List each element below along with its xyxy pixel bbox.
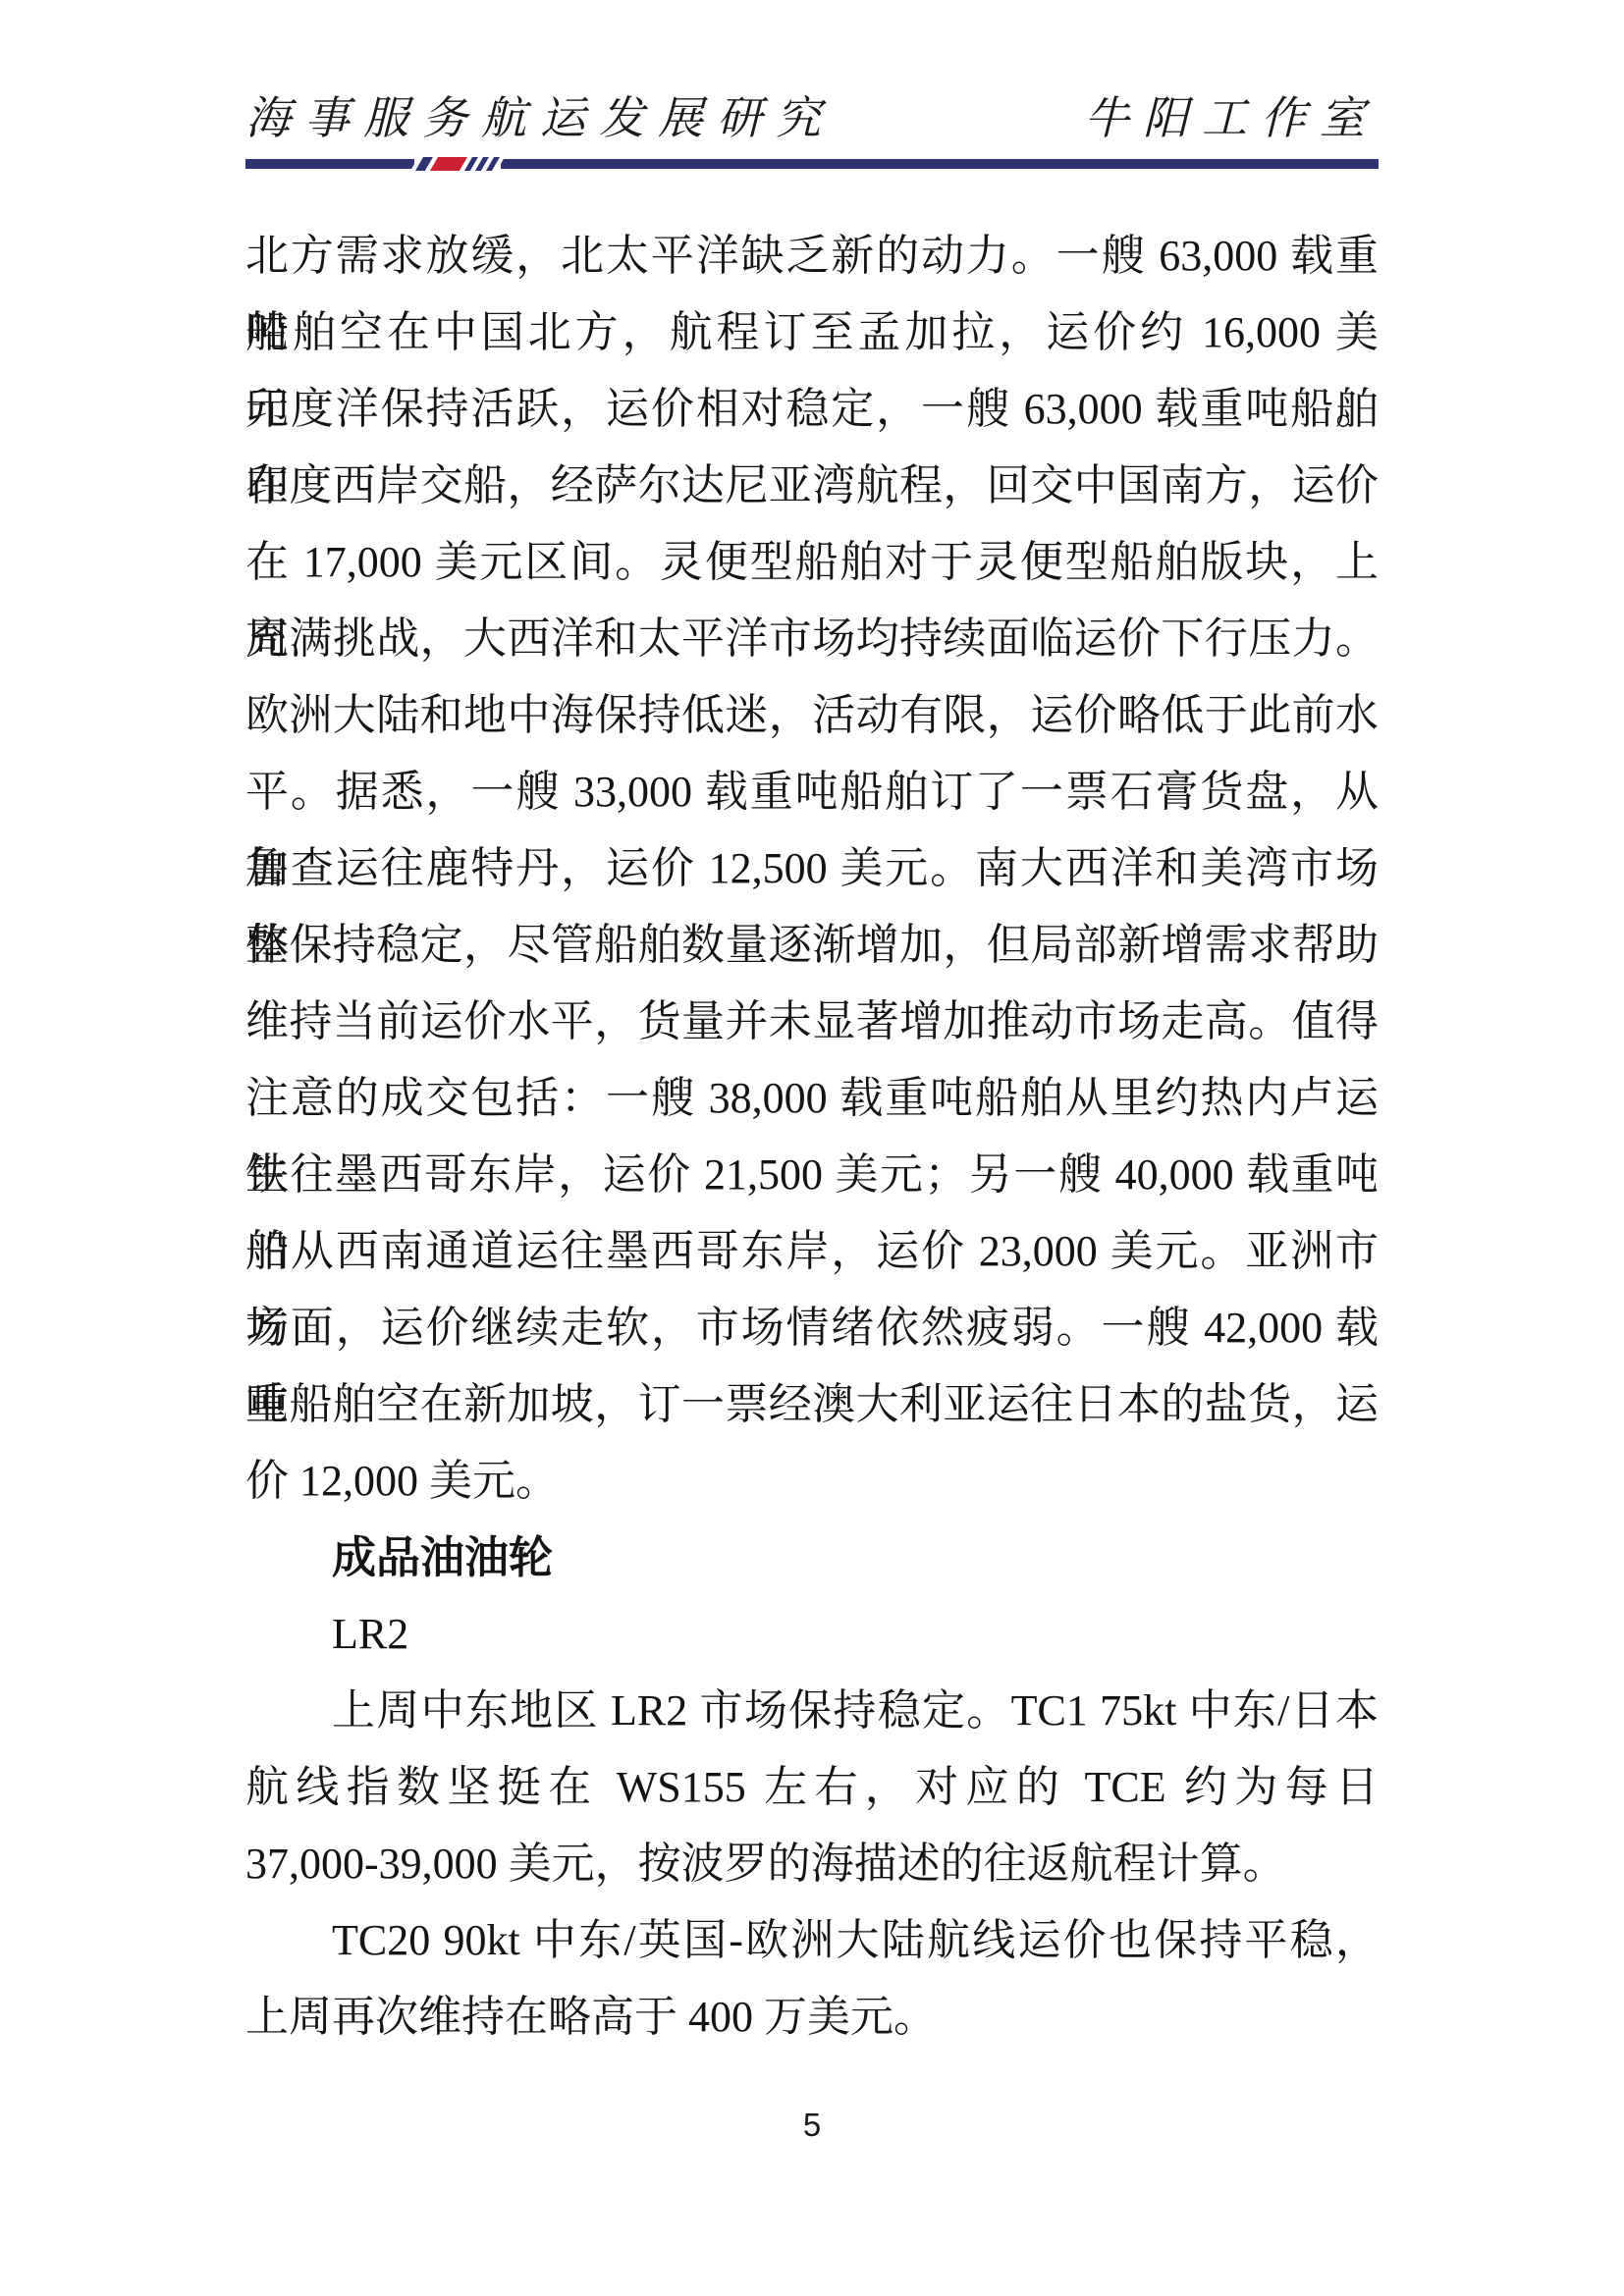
paragraph-line: 充满挑战，大西洋和太平洋市场均持续面临运价下行压力。 (245, 601, 1379, 677)
body-text: 北方需求放缓，北太平洋缺乏新的动力。一艘 63,000 载重吨 船舶空在中国北方… (245, 218, 1379, 2056)
paragraph-line: 方面，运价继续走软，市场情绪依然疲弱。一艘 42,000 载重 (245, 1290, 1379, 1366)
paragraph-line: 船舶空在中国北方，航程订至孟加拉，运价约 16,000 美元。 (245, 294, 1379, 371)
paragraph-line: 舶从西南通道运往墨西哥东岸，运价 23,000 美元。亚洲市场 (245, 1213, 1379, 1290)
subsection-label-lr2: LR2 (245, 1596, 1379, 1673)
page-number: 5 (0, 2107, 1624, 2144)
paragraph-line: 鲁查运往鹿特丹，运价 12,500 美元。南大西洋和美湾市场整 (245, 830, 1379, 907)
paragraph-line: 价 12,000 美元。 (245, 1443, 1379, 1520)
paragraph-line: 印度洋保持活跃，运价相对稳定，一艘 63,000 载重吨船舶在 (245, 371, 1379, 448)
paragraph-line: 注意的成交包括：一艘 38,000 载重吨船舶从里约热内卢运生 (245, 1060, 1379, 1137)
paragraph-line: 37,000-39,000 美元，按波罗的海描述的往返航程计算。 (245, 1826, 1379, 1902)
document-page: 海事服务航运发展研究 牛阳工作室 北方需求放缓，北太平洋缺乏新的动力。一艘 63… (0, 0, 1624, 2296)
paragraph-line: 吨船舶空在新加坡，订一票经澳大利亚运往日本的盐货，运 (245, 1366, 1379, 1443)
header-titles: 海事服务航运发展研究 牛阳工作室 (245, 90, 1379, 145)
paragraph-line: 铁往墨西哥东岸，运价 21,500 美元；另一艘 40,000 载重吨船 (245, 1137, 1379, 1213)
paragraph-line: TC20 90kt 中东/英国-欧洲大陆航线运价也保持平稳， (245, 1902, 1379, 1979)
header-right-title: 牛阳工作室 (1084, 90, 1379, 145)
header-rule-decoration (414, 157, 501, 171)
paragraph-line: 在 17,000 美元区间。灵便型船舶对于灵便型船舶版块，上周 (245, 524, 1379, 601)
paragraph-line: 上周再次维持在略高于 400 万美元。 (245, 1979, 1379, 2056)
paragraph-line: 航线指数坚挺在 WS155 左右，对应的 TCE 约为每日 (245, 1749, 1379, 1826)
header-rule (245, 159, 1379, 169)
page-header: 海事服务航运发展研究 牛阳工作室 (245, 90, 1379, 169)
paragraph-line: 北方需求放缓，北太平洋缺乏新的动力。一艘 63,000 载重吨 (245, 218, 1379, 294)
paragraph-line: 维持当前运价水平，货量并未显著增加推动市场走高。值得 (245, 984, 1379, 1060)
paragraph-line: 欧洲大陆和地中海保持低迷，活动有限，运价略低于此前水 (245, 677, 1379, 754)
paragraph-line: 体保持稳定，尽管船舶数量逐渐增加，但局部新增需求帮助 (245, 907, 1379, 984)
paragraph-line: 印度西岸交船，经萨尔达尼亚湾航程，回交中国南方，运价 (245, 448, 1379, 524)
paragraph-line: 平。据悉，一艘 33,000 载重吨船舶订了一票石膏货盘，从加 (245, 754, 1379, 830)
section-heading-product-tankers: 成品油油轮 (245, 1520, 1379, 1596)
paragraph-line: 上周中东地区 LR2 市场保持稳定。TC1 75kt 中东/日本 (245, 1673, 1379, 1749)
header-left-title: 海事服务航运发展研究 (245, 90, 835, 145)
